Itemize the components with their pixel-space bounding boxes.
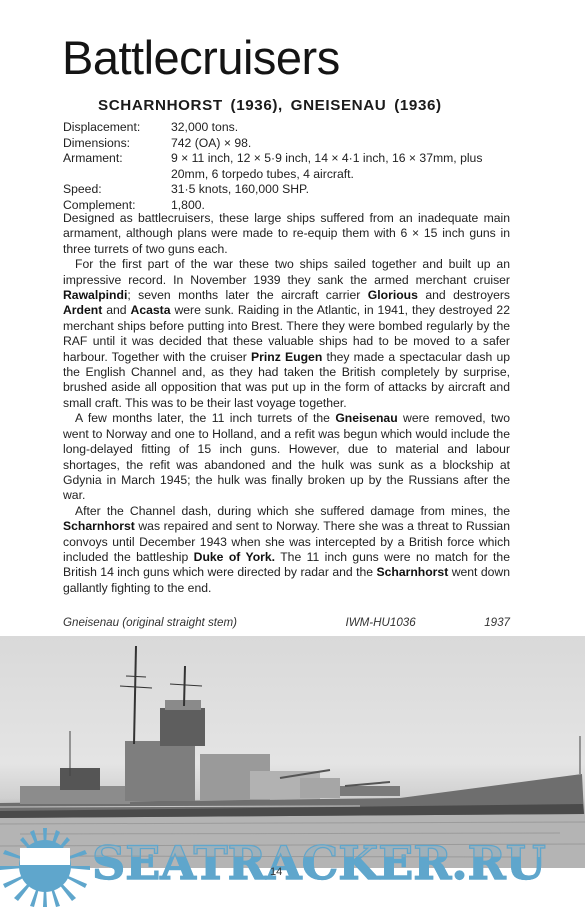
- ship-name: Glorious: [368, 288, 418, 302]
- spec-value: 31·5 knots, 160,000 SHP.: [171, 182, 523, 198]
- ship-name: Ardent: [63, 303, 102, 317]
- photo-caption: Gneisenau (original straight stem) IWM-H…: [63, 616, 510, 629]
- spec-value: 742 (OA) × 98.: [171, 136, 523, 152]
- spec-speed: Speed: 31·5 knots, 160,000 SHP.: [63, 182, 523, 198]
- ship-name: Duke of York.: [194, 550, 275, 564]
- caption-year: 1937: [484, 616, 510, 629]
- spec-label: Speed:: [63, 182, 171, 198]
- ship-name: Rawalpindi: [63, 288, 127, 302]
- spec-label: Displacement:: [63, 120, 171, 136]
- spec-dimensions: Dimensions: 742 (OA) × 98.: [63, 136, 523, 152]
- paragraph-scharnhorst-fate: After the Channel dash, during which she…: [63, 504, 510, 596]
- ship-header: SCHARNHORST (1936), GNEISENAU (1936): [98, 97, 442, 114]
- spec-label: Armament:: [63, 151, 171, 182]
- page-number: 14: [270, 866, 282, 878]
- caption-title: Gneisenau (original straight stem): [63, 616, 237, 629]
- caption-reference: IWM-HU1036: [345, 616, 415, 629]
- specifications-table: Displacement: 32,000 tons. Dimensions: 7…: [63, 120, 523, 213]
- ship-name: Prinz Eugen: [251, 350, 322, 364]
- ship-silhouette-icon: [0, 636, 585, 868]
- spec-label: Dimensions:: [63, 136, 171, 152]
- paragraph-gneisenau-fate: A few months later, the 11 inch turrets …: [63, 411, 510, 503]
- page-title: Battlecruisers: [62, 30, 340, 86]
- ship-name: Scharnhorst: [63, 519, 135, 533]
- ship-name: Acasta: [131, 303, 171, 317]
- ship-name: Scharnhorst: [376, 565, 448, 579]
- spec-value: 9 × 11 inch, 12 × 5·9 inch, 14 × 4·1 inc…: [171, 151, 523, 182]
- paragraph-design: Designed as battlecruisers, these large …: [63, 211, 510, 257]
- paragraph-early-war: For the first part of the war these two …: [63, 257, 510, 411]
- spec-value: 32,000 tons.: [171, 120, 523, 136]
- ship-name: Gneisenau: [335, 411, 397, 425]
- battlecruiser-photo: [0, 636, 585, 868]
- spec-displacement: Displacement: 32,000 tons.: [63, 120, 523, 136]
- spec-armament: Armament: 9 × 11 inch, 12 × 5·9 inch, 14…: [63, 151, 523, 182]
- article-body: Designed as battlecruisers, these large …: [63, 211, 510, 596]
